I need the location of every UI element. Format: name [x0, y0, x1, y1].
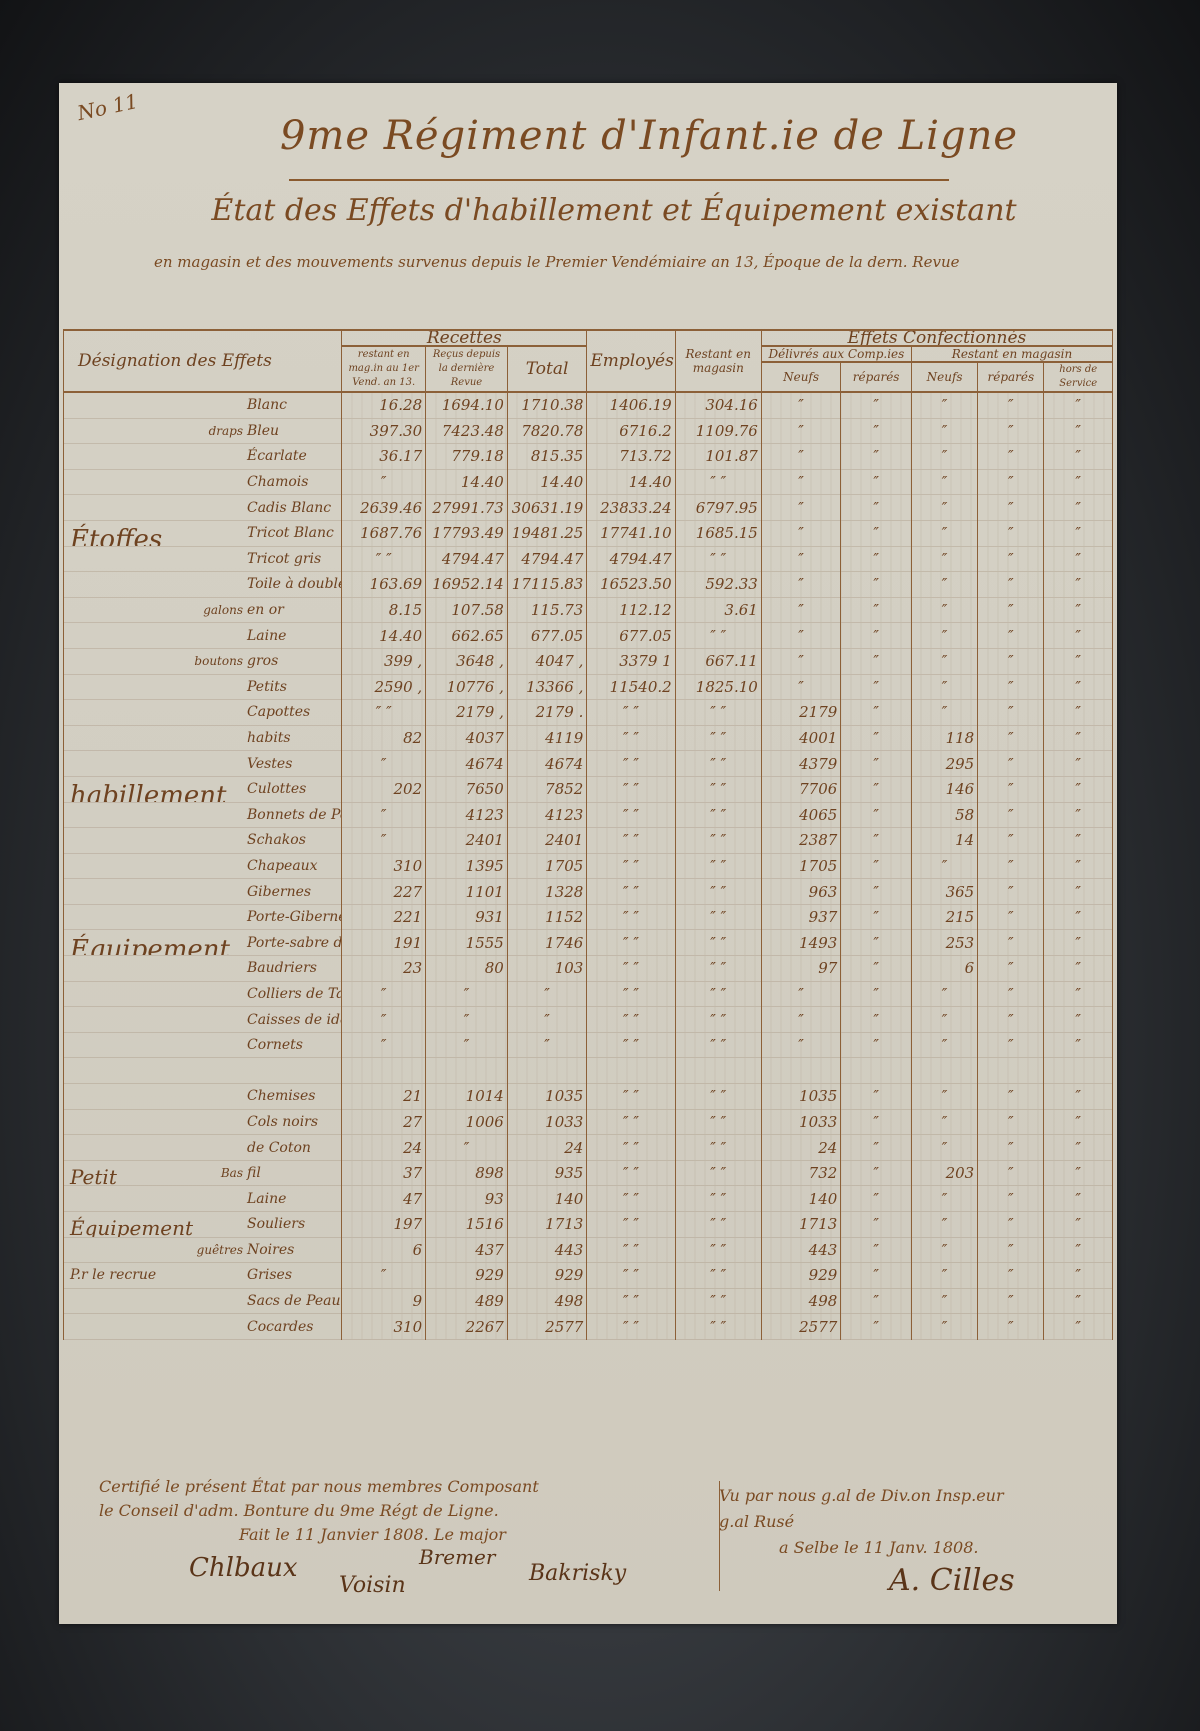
row-value: ″	[1044, 623, 1113, 649]
row-value: 1035	[507, 1084, 587, 1110]
item-name: Noires	[247, 1242, 294, 1258]
row-designation: Bonnets de Police	[64, 802, 342, 828]
header-restant-an13: restant en mag.in au 1er Vend. an 13.	[342, 346, 426, 392]
row-value: ″ ″	[675, 700, 761, 726]
row-value: ″	[978, 1109, 1044, 1135]
row-value: 2179 ,	[426, 700, 508, 726]
row-value: ″	[911, 648, 977, 674]
row-value: ″	[426, 1032, 508, 1058]
row-value: ″	[1044, 444, 1113, 470]
row-value: 146	[911, 776, 977, 802]
item-name: Chamois	[247, 474, 308, 490]
item-name: Culottes	[247, 781, 306, 797]
row-value: ″	[911, 853, 977, 879]
table-row: Caisses de idem″″″″ ″″ ″″″″″″	[64, 1007, 1113, 1033]
item-name: Toile à doubler	[247, 576, 342, 592]
item-name: Caisses de idem	[247, 1012, 342, 1028]
row-value: ″ ″	[675, 1109, 761, 1135]
row-value: 2179	[761, 700, 841, 726]
row-value: ″	[1044, 1135, 1113, 1161]
row-value: ″	[761, 546, 841, 572]
row-value: 163.69	[342, 572, 426, 598]
row-value: 2267	[426, 1314, 508, 1340]
item-name: Bleu	[247, 423, 279, 439]
row-value: 140	[507, 1186, 587, 1212]
row-value: ″	[978, 1237, 1044, 1263]
row-value: 4794.47	[587, 546, 675, 572]
row-designation: Schakos	[64, 828, 342, 854]
table-row: Vestes″46744674″ ″″ ″4379″295″″	[64, 751, 1113, 777]
row-designation: Toile à doubler	[64, 572, 342, 598]
row-value: ″ ″	[675, 879, 761, 905]
row-value: ″ ″	[675, 623, 761, 649]
row-value: ″	[841, 725, 912, 751]
row-value: ″	[1044, 853, 1113, 879]
row-value: ″	[978, 444, 1044, 470]
item-name: Schakos	[247, 832, 306, 848]
row-value: ″	[761, 444, 841, 470]
header-restant-magasin: Restant en magasin	[675, 330, 761, 392]
header-repares-2: réparés	[978, 362, 1044, 392]
row-value: ″	[841, 904, 912, 930]
inventory-table: Désignation des Effets Recettes Employés…	[63, 329, 1113, 1340]
row-value: 27991.73	[426, 495, 508, 521]
row-value: ″	[911, 444, 977, 470]
row-value: 1516	[426, 1212, 508, 1238]
row-value: ″	[911, 674, 977, 700]
row-value: ″	[1044, 418, 1113, 444]
row-value: 4001	[761, 725, 841, 751]
group-label: Étoffes	[70, 525, 162, 546]
row-value: 1014	[426, 1084, 508, 1110]
row-value: ″ ″	[587, 1212, 675, 1238]
row-value: 1746	[507, 930, 587, 956]
row-value: ″	[911, 418, 977, 444]
table-row: drapsBleu397.307423.487820.786716.21109.…	[64, 418, 1113, 444]
row-value: 24	[507, 1135, 587, 1161]
row-value: ″	[426, 981, 508, 1007]
visa-line-2: g.al Rusé	[679, 1509, 1099, 1535]
group-label: P.r le recrue	[70, 1267, 156, 1283]
header-neufs: Neufs	[761, 362, 841, 392]
row-value: 498	[507, 1288, 587, 1314]
table-row: Blanc16.281694.101710.381406.19304.16″″″…	[64, 392, 1113, 418]
signature-3: Bremer	[419, 1545, 495, 1569]
row-value: 7820.78	[507, 418, 587, 444]
row-value: 7852	[507, 776, 587, 802]
item-name: Cornets	[247, 1037, 303, 1053]
row-value: 253	[911, 930, 977, 956]
row-value: ″	[911, 1288, 977, 1314]
document-description: en magasin et des mouvements survenus de…	[154, 253, 1114, 271]
row-value: 929	[426, 1263, 508, 1289]
table-row: ÉquipementPorte-sabre de fusil1911555174…	[64, 930, 1113, 956]
row-value	[1044, 1058, 1113, 1084]
row-value: 14.40	[587, 469, 675, 495]
table-row: Cols noirs2710061033″ ″″ ″1033″″″″	[64, 1109, 1113, 1135]
row-value: ″	[1044, 572, 1113, 598]
row-value: ″	[911, 1135, 977, 1161]
row-value: 2590 ,	[342, 674, 426, 700]
row-value: ″	[761, 623, 841, 649]
row-value: ″	[978, 1263, 1044, 1289]
table-row: de Coton24″24″ ″″ ″24″″″″	[64, 1135, 1113, 1161]
row-value: ″	[342, 1263, 426, 1289]
row-value: 931	[426, 904, 508, 930]
table-row: boutonsgros399 ,3648 ,4047 ,3379 1667.11…	[64, 648, 1113, 674]
row-value: ″	[978, 1314, 1044, 1340]
row-value: 2577	[761, 1314, 841, 1340]
group-label: Équipement	[70, 935, 230, 956]
row-value: ″	[761, 674, 841, 700]
row-value: ″	[841, 1186, 912, 1212]
row-value: 14	[911, 828, 977, 854]
row-value: ″ ″	[587, 1135, 675, 1161]
row-value: ″	[978, 725, 1044, 751]
row-value: 202	[342, 776, 426, 802]
row-value: 1687.76	[342, 520, 426, 546]
row-value: ″	[1044, 1007, 1113, 1033]
row-value: ″	[1044, 1263, 1113, 1289]
row-value: 929	[507, 1263, 587, 1289]
row-value: ″ ″	[587, 802, 675, 828]
table-row: Schakos″24012401″ ″″ ″2387″14″″	[64, 828, 1113, 854]
item-name: Cols noirs	[247, 1114, 318, 1130]
table-row: Cadis Blanc2639.4627991.7330631.1923833.…	[64, 495, 1113, 521]
row-value: ″	[978, 392, 1044, 418]
row-value: ″ ″	[675, 1007, 761, 1033]
row-value: 1705	[507, 853, 587, 879]
row-value: ″	[911, 546, 977, 572]
row-value: ″	[1044, 725, 1113, 751]
row-value: 103	[507, 956, 587, 982]
row-value	[675, 1058, 761, 1084]
row-designation: de Coton	[64, 1135, 342, 1161]
row-value: ″ ″	[675, 751, 761, 777]
table-row: Tricot gris″ ″4794.474794.474794.47″ ″″″…	[64, 546, 1113, 572]
signature-2: Voisin	[339, 1573, 406, 1598]
row-value: 2577	[507, 1314, 587, 1340]
item-name: Tricot Blanc	[247, 525, 334, 541]
row-value: ″	[761, 392, 841, 418]
row-value: 3.61	[675, 597, 761, 623]
row-value: ″	[841, 751, 912, 777]
row-value: ″	[911, 1084, 977, 1110]
row-value: ″	[978, 597, 1044, 623]
row-value: ″	[911, 572, 977, 598]
row-value: ″	[841, 981, 912, 1007]
row-value: ″ ″	[587, 1160, 675, 1186]
row-value: ″	[841, 700, 912, 726]
item-name: Tricot gris	[247, 551, 321, 567]
row-value: 3648 ,	[426, 648, 508, 674]
row-designation: P.r le recrueGrises	[64, 1263, 342, 1289]
row-value: 1713	[761, 1212, 841, 1238]
row-value: 17741.10	[587, 520, 675, 546]
row-value: 4119	[507, 725, 587, 751]
row-value: ″	[978, 1288, 1044, 1314]
row-value: ″	[761, 648, 841, 674]
row-value: 2401	[507, 828, 587, 854]
header-employes: Employés	[587, 330, 675, 392]
item-name: Bonnets de Police	[247, 807, 342, 823]
row-designation: Baudriers	[64, 956, 342, 982]
regiment-title: 9me Régiment d'Infant.ie de Ligne	[199, 113, 1099, 159]
row-value: 2387	[761, 828, 841, 854]
row-value: 101.87	[675, 444, 761, 470]
header-repares: réparés	[841, 362, 912, 392]
table-row: Baudriers2380103″ ″″ ″97″6″″	[64, 956, 1113, 982]
row-value: ″	[841, 623, 912, 649]
row-value: 14.40	[342, 623, 426, 649]
row-value: ″ ″	[587, 981, 675, 1007]
row-value: 118	[911, 725, 977, 751]
row-value: ″ ″	[587, 1032, 675, 1058]
row-designation: boutonsgros	[64, 648, 342, 674]
row-value: ″	[1044, 956, 1113, 982]
row-value: 1109.76	[675, 418, 761, 444]
row-value: 4794.47	[426, 546, 508, 572]
table-row: Laine4793140″ ″″ ″140″″″″	[64, 1186, 1113, 1212]
document-subtitle: État des Effets d'habillement et Équipem…	[119, 193, 1109, 228]
row-value: 221	[342, 904, 426, 930]
row-value: ″	[911, 1212, 977, 1238]
row-value: 16523.50	[587, 572, 675, 598]
table-row: Petits2590 ,10776 ,13366 ,11540.21825.10…	[64, 674, 1113, 700]
row-value: 197	[342, 1212, 426, 1238]
row-value: 16.28	[342, 392, 426, 418]
row-value: ″	[978, 1007, 1044, 1033]
row-value: 6797.95	[675, 495, 761, 521]
row-value: ″	[978, 853, 1044, 879]
row-value: 16952.14	[426, 572, 508, 598]
row-value: ″	[911, 1032, 977, 1058]
row-value: ″	[978, 828, 1044, 854]
row-value: ″ ″	[587, 1084, 675, 1110]
table-row: Chapeaux31013951705″ ″″ ″1705″″″″	[64, 853, 1113, 879]
row-value: ″ ″	[675, 828, 761, 854]
row-value: 14.40	[426, 469, 508, 495]
row-value: 80	[426, 956, 508, 982]
row-value: ″	[841, 853, 912, 879]
item-name: Écarlate	[247, 448, 307, 464]
header-effets-confectionnes: Effets Confectionnés	[761, 330, 1112, 346]
row-value: ″	[911, 1314, 977, 1340]
row-value: ″ ″	[675, 776, 761, 802]
row-value: ″	[1044, 981, 1113, 1007]
row-value: ″ ″	[675, 981, 761, 1007]
row-value: ″ ″	[675, 802, 761, 828]
row-value: 779.18	[426, 444, 508, 470]
row-value: 1406.19	[587, 392, 675, 418]
row-value: ″	[911, 623, 977, 649]
row-designation: Laine	[64, 1186, 342, 1212]
row-value: ″ ″	[675, 1288, 761, 1314]
row-value: ″	[1044, 1237, 1113, 1263]
row-value: 115.73	[507, 597, 587, 623]
row-value: 4123	[426, 802, 508, 828]
row-value: 1685.15	[675, 520, 761, 546]
row-designation: ÉquipementSouliers	[64, 1212, 342, 1238]
row-value: ″	[911, 1007, 977, 1033]
group-label: Équipement	[70, 1216, 193, 1237]
row-value: 1152	[507, 904, 587, 930]
row-designation: Porte-Gibernes	[64, 904, 342, 930]
row-value: 14.40	[507, 469, 587, 495]
row-value: ″	[1044, 1288, 1113, 1314]
row-value: ″	[1044, 1186, 1113, 1212]
row-value: ″	[978, 956, 1044, 982]
row-value: ″ ″	[675, 1032, 761, 1058]
row-value: ″	[911, 1263, 977, 1289]
item-name: fil	[247, 1165, 261, 1181]
row-value: 677.05	[507, 623, 587, 649]
row-value: 4674	[426, 751, 508, 777]
row-designation: Blanc	[64, 392, 342, 418]
row-value: 677.05	[587, 623, 675, 649]
group-label: habillement	[70, 781, 226, 802]
row-value: ″ ″	[675, 1186, 761, 1212]
row-designation: Petits	[64, 674, 342, 700]
row-designation: Chapeaux	[64, 853, 342, 879]
row-value: ″	[978, 1135, 1044, 1161]
item-name: Baudriers	[247, 960, 317, 976]
row-value: ″	[841, 930, 912, 956]
row-value: ″	[1044, 520, 1113, 546]
row-designation: ÉtoffesTricot Blanc	[64, 520, 342, 546]
row-value: ″	[911, 700, 977, 726]
row-value: ″ ″	[342, 546, 426, 572]
row-value: ″	[841, 418, 912, 444]
signature-4: Bakrisky	[529, 1561, 626, 1586]
row-value: ″ ″	[587, 930, 675, 956]
row-value: ″ ″	[587, 1237, 675, 1263]
row-value: ″	[841, 802, 912, 828]
row-designation	[64, 1058, 342, 1084]
item-name: Porte-Gibernes	[247, 909, 342, 925]
header-recu-depuis: Reçus depuis la dernière Revue	[426, 346, 508, 392]
reference-number: No 11	[75, 89, 140, 125]
row-value: ″	[841, 1032, 912, 1058]
row-value: 215	[911, 904, 977, 930]
item-name: Chapeaux	[247, 858, 318, 874]
row-value: 21	[342, 1084, 426, 1110]
subgroup-label: galons	[179, 603, 247, 617]
row-value: 30631.19	[507, 495, 587, 521]
table-row: Cocardes31022672577″ ″″ ″2577″″″″	[64, 1314, 1113, 1340]
header-hors-service: hors de Service	[1044, 362, 1113, 392]
item-name: de Coton	[247, 1140, 311, 1156]
row-value: 443	[761, 1237, 841, 1263]
row-value: 1555	[426, 930, 508, 956]
row-value: ″	[1044, 776, 1113, 802]
row-value: ″	[1044, 930, 1113, 956]
row-value: ″	[911, 469, 977, 495]
row-value: 11540.2	[587, 674, 675, 700]
row-designation: galonsen or	[64, 597, 342, 623]
row-designation: Tricot gris	[64, 546, 342, 572]
row-value	[978, 1058, 1044, 1084]
row-designation: Chemises	[64, 1084, 342, 1110]
row-value: 4123	[507, 802, 587, 828]
row-value: ″	[761, 520, 841, 546]
row-value: 191	[342, 930, 426, 956]
row-value: ″	[342, 802, 426, 828]
row-designation: Sacs de Peau	[64, 1288, 342, 1314]
row-value: 498	[761, 1288, 841, 1314]
row-value: ″ ″	[587, 776, 675, 802]
row-value: ″	[978, 418, 1044, 444]
row-value: ″	[978, 1160, 1044, 1186]
row-value: ″ ″	[675, 1084, 761, 1110]
row-value: 2639.46	[342, 495, 426, 521]
row-value: 17115.83	[507, 572, 587, 598]
row-value: ″	[342, 981, 426, 1007]
row-value: ″	[1044, 879, 1113, 905]
row-value: ″	[426, 1007, 508, 1033]
row-value: 27	[342, 1109, 426, 1135]
row-designation: ÉquipementPorte-sabre de fusil	[64, 930, 342, 956]
row-value: ″ ″	[587, 1186, 675, 1212]
row-value: 140	[761, 1186, 841, 1212]
item-name: Vestes	[247, 756, 292, 772]
row-value: ″	[978, 981, 1044, 1007]
row-value: 2179 .	[507, 700, 587, 726]
row-value: ″	[841, 469, 912, 495]
row-value: ″	[761, 1007, 841, 1033]
row-value: ″ ″	[675, 853, 761, 879]
row-designation: Écarlate	[64, 444, 342, 470]
row-value: 1033	[761, 1109, 841, 1135]
row-value	[841, 1058, 912, 1084]
row-value	[911, 1058, 977, 1084]
row-value: 23833.24	[587, 495, 675, 521]
row-value: ″	[911, 1109, 977, 1135]
row-value: ″	[978, 700, 1044, 726]
table-row: Toile à doubler163.6916952.1417115.83165…	[64, 572, 1113, 598]
row-value: ″	[841, 572, 912, 598]
row-designation: Cornets	[64, 1032, 342, 1058]
row-value: 58	[911, 802, 977, 828]
row-value: 935	[507, 1160, 587, 1186]
row-value: 929	[761, 1263, 841, 1289]
manuscript-page: No 11 9me Régiment d'Infant.ie de Ligne …	[59, 83, 1117, 1624]
row-value: 713.72	[587, 444, 675, 470]
certification-block: Certifié le présent État par nous membre…	[99, 1475, 659, 1547]
row-value: ″	[978, 904, 1044, 930]
table-row	[64, 1058, 1113, 1084]
row-value: 227	[342, 879, 426, 905]
row-value: ″ ″	[587, 1288, 675, 1314]
row-value: ″	[1044, 1314, 1113, 1340]
row-value: 1101	[426, 879, 508, 905]
row-value: 963	[761, 879, 841, 905]
group-label: Petit	[70, 1165, 117, 1186]
row-value: ″ ″	[587, 1109, 675, 1135]
table-row: Chemises2110141035″ ″″ ″1035″″″″	[64, 1084, 1113, 1110]
row-value: ″ ″	[587, 1314, 675, 1340]
row-value: ″	[978, 623, 1044, 649]
row-value: ″	[342, 1007, 426, 1033]
table-row: guêtresNoires6437443″ ″″ ″443″″″″	[64, 1237, 1113, 1263]
row-value: 815.35	[507, 444, 587, 470]
item-name: Souliers	[247, 1216, 305, 1232]
row-value: ″	[761, 597, 841, 623]
row-value: ″ ″	[587, 1007, 675, 1033]
header-restant-en-magasin: Restant en magasin	[911, 346, 1112, 362]
inventory-rows: Blanc16.281694.101710.381406.19304.16″″″…	[64, 392, 1113, 1339]
table-row: Sacs de Peau9489498″ ″″ ″498″″″″	[64, 1288, 1113, 1314]
